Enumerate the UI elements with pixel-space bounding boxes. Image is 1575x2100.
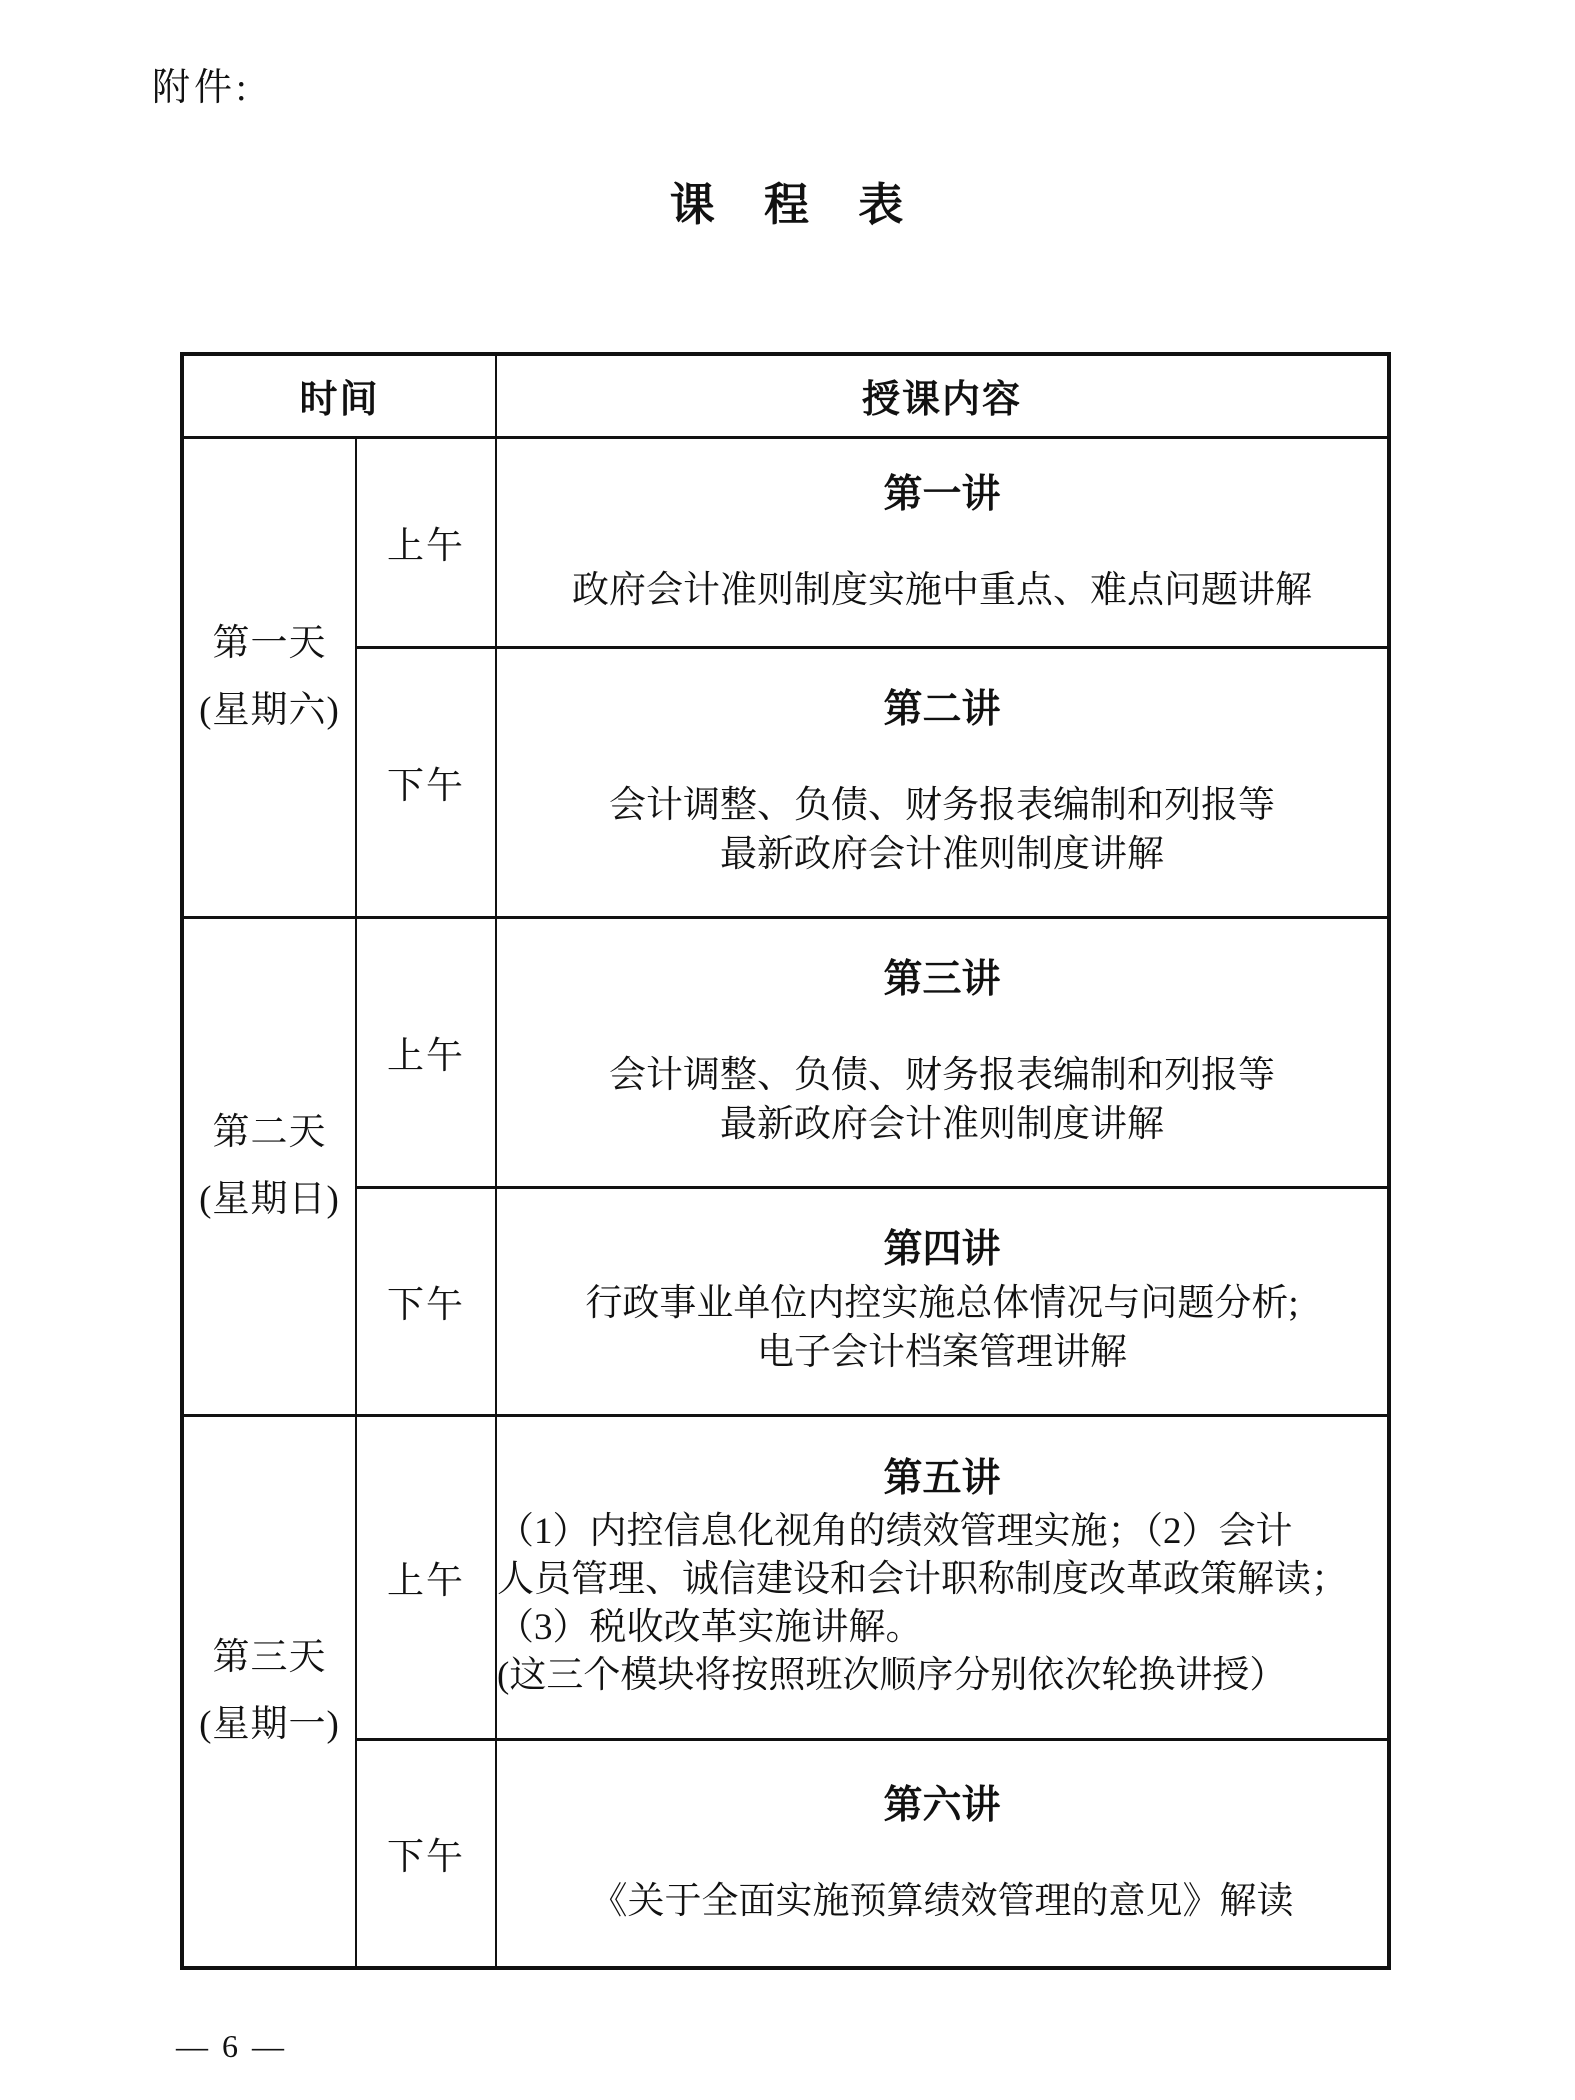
weekday-label: (星期一) [184,1691,355,1758]
lecture-title: 第二讲 [497,685,1387,735]
period-cell-day2-pm: 下午 [356,1187,496,1415]
lecture-line: 人员管理、诚信建设和会计职称制度改革政策解读； [497,1556,1387,1604]
session-cell-day3-am: 第五讲 （1）内控信息化视角的绩效管理实施；（2）会计 人员管理、诚信建设和会计… [496,1415,1389,1739]
day-label: 第一天 [184,610,355,677]
attachment-label: 附件: [152,56,251,111]
course-schedule-table: 时间 授课内容 第一天 (星期六) 上午 第一讲 政府会计准则制度实施中重点、难… [180,352,1391,1970]
period-cell-day3-pm: 下午 [356,1739,496,1968]
page-number: — 6 — [176,2028,287,2065]
lecture-title: 第三讲 [497,955,1387,1005]
lecture-line: (这三个模块将按照班次顺序分别依次轮换讲授） [497,1652,1387,1700]
lecture-title: 第六讲 [497,1781,1387,1831]
header-content: 授课内容 [496,354,1389,437]
table-row-day1-pm: 下午 第二讲 会计调整、负债、财务报表编制和列报等 最新政府会计准则制度讲解 [182,647,1389,917]
lecture-line: 最新政府会计准则制度讲解 [497,1100,1387,1149]
lecture-line: 电子会计档案管理讲解 [497,1328,1387,1377]
weekday-label: (星期六) [184,677,355,744]
table-row-day3-am: 第三天 (星期一) 上午 第五讲 （1）内控信息化视角的绩效管理实施；（2）会计… [182,1415,1389,1739]
table-header-row: 时间 授课内容 [182,354,1389,437]
day-label: 第三天 [184,1624,355,1691]
period-cell-day1-am: 上午 [356,437,496,647]
lecture-line: 会计调整、负债、财务报表编制和列报等 [497,1051,1387,1100]
day-cell-day3: 第三天 (星期一) [182,1415,356,1968]
weekday-label: (星期日) [184,1166,355,1233]
lecture-line: 会计调整、负债、财务报表编制和列报等 [497,781,1387,830]
period-cell-day3-am: 上午 [356,1415,496,1739]
lecture-line: （1）内控信息化视角的绩效管理实施；（2）会计 [497,1508,1387,1556]
lecture-line: 行政事业单位内控实施总体情况与问题分析; [497,1279,1387,1328]
day-cell-day2: 第二天 (星期日) [182,917,356,1415]
session-cell-day1-pm: 第二讲 会计调整、负债、财务报表编制和列报等 最新政府会计准则制度讲解 [496,647,1389,917]
session-cell-day3-pm: 第六讲 《关于全面实施预算绩效管理的意见》解读 [496,1739,1389,1968]
period-cell-day2-am: 上午 [356,917,496,1187]
session-cell-day1-am: 第一讲 政府会计准则制度实施中重点、难点问题讲解 [496,437,1389,647]
lecture-title: 第五讲 [497,1454,1387,1504]
session-cell-day2-am: 第三讲 会计调整、负债、财务报表编制和列报等 最新政府会计准则制度讲解 [496,917,1389,1187]
session-cell-day2-pm: 第四讲 行政事业单位内控实施总体情况与问题分析; 电子会计档案管理讲解 [496,1187,1389,1415]
lecture-title: 第一讲 [497,470,1387,520]
table-row-day2-pm: 下午 第四讲 行政事业单位内控实施总体情况与问题分析; 电子会计档案管理讲解 [182,1187,1389,1415]
day-cell-day1: 第一天 (星期六) [182,437,356,917]
table-row-day1-am: 第一天 (星期六) 上午 第一讲 政府会计准则制度实施中重点、难点问题讲解 [182,437,1389,647]
lecture-line: 政府会计准则制度实施中重点、难点问题讲解 [497,566,1387,615]
page-title: 课 程 表 [0,168,1575,233]
day-label: 第二天 [184,1099,355,1166]
table-row-day3-pm: 下午 第六讲 《关于全面实施预算绩效管理的意见》解读 [182,1739,1389,1968]
header-time: 时间 [182,354,496,437]
lecture-line: 《关于全面实施预算绩效管理的意见》解读 [497,1877,1387,1926]
lecture-title: 第四讲 [497,1225,1387,1275]
lecture-line: 最新政府会计准则制度讲解 [497,830,1387,879]
period-cell-day1-pm: 下午 [356,647,496,917]
lecture-line: （3）税收改革实施讲解。 [497,1604,1387,1652]
document-page: 附件: 课 程 表 时间 授课内容 第一天 (星期六) 上午 第一讲 政府会计准… [0,0,1575,2100]
table-row-day2-am: 第二天 (星期日) 上午 第三讲 会计调整、负债、财务报表编制和列报等 最新政府… [182,917,1389,1187]
